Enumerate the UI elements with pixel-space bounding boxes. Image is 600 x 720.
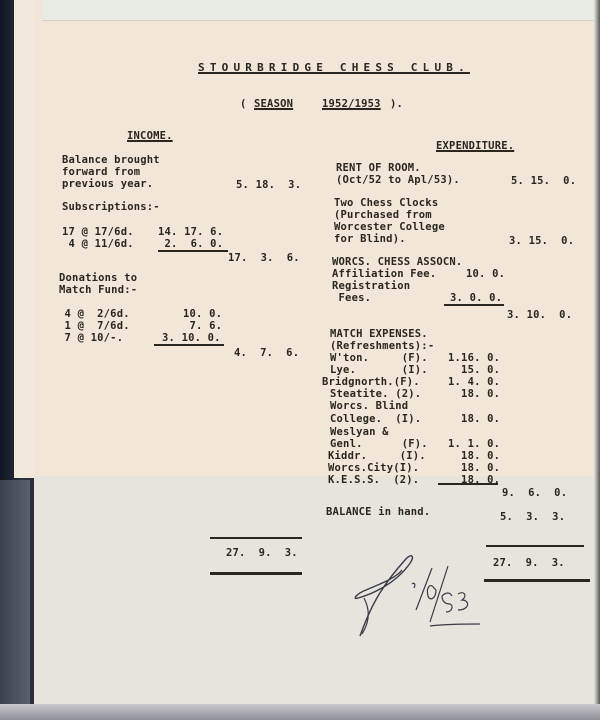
expenditure-total-rule-top: [486, 545, 584, 547]
subscription-amount: 14. 17. 6.: [158, 226, 223, 238]
subscriptions-heading: Subscriptions:-: [62, 201, 160, 213]
worcs-assoc-total: 3. 10. 0.: [507, 309, 572, 321]
rent-line-1: RENT OF ROOM.: [336, 162, 421, 174]
worcs-assoc-heading: WORCS. CHESS ASSOCN.: [332, 256, 462, 268]
income-total-rule-bottom: [210, 572, 302, 575]
match-amount: 18. 0.: [448, 462, 500, 474]
match-expenses-rule: [438, 483, 498, 485]
season-years: 1952/1953: [322, 98, 381, 110]
donations-subtotal-rule: [154, 344, 224, 346]
clocks-line-2: (Purchased from: [334, 209, 432, 221]
match-amount: 1. 1. 0.: [448, 438, 500, 450]
donations-total: 4. 7. 6.: [234, 347, 299, 359]
subscription-amount: 2. 6. 0.: [158, 238, 223, 250]
income-total-rule-top: [210, 537, 302, 539]
paper-top-edge: [42, 0, 600, 21]
match-desc: Steatite. (2).: [330, 388, 421, 400]
signature-icon: [350, 548, 490, 638]
expenditure-grand-total: 27. 9. 3.: [493, 557, 565, 569]
right-edge: [594, 0, 600, 720]
match-expenses-heading: MATCH EXPENSES.: [330, 328, 428, 340]
match-expenses-total: 9. 6. 0.: [502, 487, 567, 499]
match-desc: K.E.S.S. (2).: [328, 474, 419, 486]
document-title: STOURBRIDGE CHESS CLUB.: [198, 62, 470, 74]
subscriptions-total: 17. 3. 6.: [228, 252, 300, 264]
balance-in-hand-label: BALANCE in hand.: [326, 506, 430, 518]
donation-desc: 7 @ 10/-.: [58, 332, 123, 344]
binder-lower: [0, 480, 30, 720]
match-amount: 18. 0.: [448, 388, 500, 400]
match-desc: Lye. (I).: [330, 364, 428, 376]
worcs-assoc-rule: [444, 304, 504, 306]
worcs-assoc-amount: 10. 0.: [466, 268, 505, 280]
match-amount: 18. 0.: [448, 450, 500, 462]
season-label: SEASON: [254, 98, 293, 110]
match-amount: 15. 0.: [448, 364, 500, 376]
rent-line-2: (Oct/52 to Apl/53).: [336, 174, 460, 186]
worcs-assoc-desc: Fees.: [332, 292, 371, 304]
donations-heading-2: Match Fund:-: [59, 284, 137, 296]
clocks-line-1: Two Chess Clocks: [334, 197, 438, 209]
income-heading: INCOME.: [127, 130, 173, 142]
bottom-strip: [0, 704, 600, 720]
worcs-assoc-amount: 3. 0. 0.: [450, 292, 502, 304]
match-amount: 18. 0.: [448, 413, 500, 425]
donations-heading-1: Donations to: [59, 272, 137, 284]
worcs-assoc-desc: Registration: [332, 280, 410, 292]
season-open: (: [240, 98, 247, 110]
match-desc: Weslyan &: [330, 426, 389, 438]
clocks-line-4: for Blind).: [334, 233, 406, 245]
balance-in-hand-total: 5. 3. 3.: [500, 511, 565, 523]
match-amount: 1. 4. 0.: [448, 376, 500, 388]
match-amount: 1.16. 0.: [448, 352, 500, 364]
income-grand-total: 27. 9. 3.: [226, 547, 298, 559]
balance-bf-total: 5. 18. 3.: [236, 179, 301, 191]
match-desc: Genl. (F).: [330, 438, 428, 450]
balance-bf-line-1: Balance brought: [62, 154, 160, 166]
worcs-assoc-desc: Affiliation Fee.: [332, 268, 436, 280]
donation-amount: 3. 10. 0.: [162, 332, 221, 344]
expenditure-heading: EXPENDITURE.: [436, 140, 514, 152]
balance-bf-line-2: forward from: [62, 166, 140, 178]
subscriptions-subtotal-rule: [158, 250, 228, 252]
clocks-line-3: Worcester College: [334, 221, 445, 233]
subscription-desc: 17 @ 17/6d.: [62, 226, 134, 238]
season-close: ).: [390, 98, 403, 110]
donation-amount: 7. 6.: [183, 320, 222, 332]
subscription-desc: 4 @ 11/6d.: [62, 238, 134, 250]
donation-amount: 10. 0.: [183, 308, 222, 320]
match-expenses-subheading: (Refreshments):-: [330, 340, 434, 352]
match-desc: Kiddr. (I).: [328, 450, 426, 462]
balance-bf-line-3: previous year.: [62, 178, 153, 190]
match-desc: Bridgnorth.(F).: [322, 376, 420, 388]
match-desc: Worcs. Blind: [330, 400, 408, 412]
match-desc: W'ton. (F).: [330, 352, 428, 364]
clocks-total: 3. 15. 0.: [509, 235, 574, 247]
donation-desc: 4 @ 2/6d.: [58, 308, 130, 320]
rent-total: 5. 15. 0.: [511, 175, 576, 187]
match-desc: Worcs.City(I).: [328, 462, 419, 474]
match-desc: College. (I).: [330, 413, 421, 425]
expenditure-total-rule-bottom: [484, 579, 590, 582]
donation-desc: 1 @ 7/6d.: [58, 320, 130, 332]
